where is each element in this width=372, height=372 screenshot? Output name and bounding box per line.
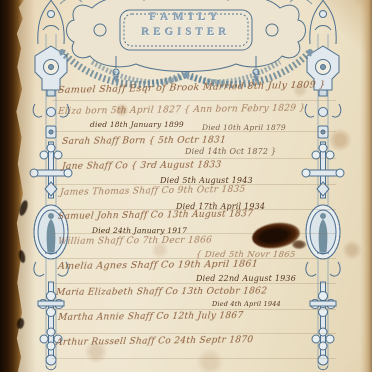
register-entry: Amelia Agnes Shaff Co 19th April 1861	[57, 259, 258, 272]
register-entry: Eliza born 5th April 1827 { Ann born Feb…	[58, 104, 306, 117]
family-register-page: FAMILY REGISTER Samuel Shaff Esqr of Bro…	[0, 0, 372, 372]
register-entry: William Shaff Co 7th Decr 1866	[58, 236, 213, 247]
ruled-line	[52, 333, 336, 334]
ruled-line	[52, 309, 336, 310]
ruled-line	[52, 283, 336, 284]
figure-medallion	[306, 205, 340, 259]
register-entry-note: Died 22nd August 1936	[196, 274, 296, 283]
register-entry: Sarah Shaff Born { 5th Octr 1831	[62, 136, 227, 147]
ink-stain-small	[292, 240, 306, 249]
register-entry: James Thomas Shaff Co 9th Octr 1835	[60, 185, 246, 198]
title-line-2: REGISTER	[120, 26, 252, 38]
ruled-line	[52, 158, 336, 159]
register-entry: Arthur Russell Shaff Co 24th Septr 1870	[56, 335, 254, 348]
register-entry-note: Died 5th August 1943	[160, 176, 253, 185]
register-entry-note: Died 24th January 1917	[92, 226, 187, 235]
register-entry: Martha Annie Shaff Co 12th July 1867	[58, 311, 244, 323]
register-entry-note: Died 4th April 1944	[212, 300, 281, 308]
register-entry-note: died 18th January 1899	[90, 120, 184, 129]
ruled-line	[52, 131, 336, 132]
ruled-line	[52, 100, 336, 101]
register-entry-note: Died 14th Oct 1872 }	[185, 147, 276, 156]
title-line-1: FAMILY	[120, 11, 252, 23]
register-entry: Samuel John Shaff Co 13th August 1837	[58, 209, 254, 222]
ruled-line	[52, 358, 336, 359]
right-page-edge	[360, 0, 372, 372]
register-entry-note: Died 10th April 1879	[202, 123, 286, 132]
register-entry: Maria Elizabeth Shaff Co 13th Octobr 186…	[56, 287, 268, 298]
register-entry: Jane Shaff Co { 3rd August 1833	[62, 160, 222, 172]
